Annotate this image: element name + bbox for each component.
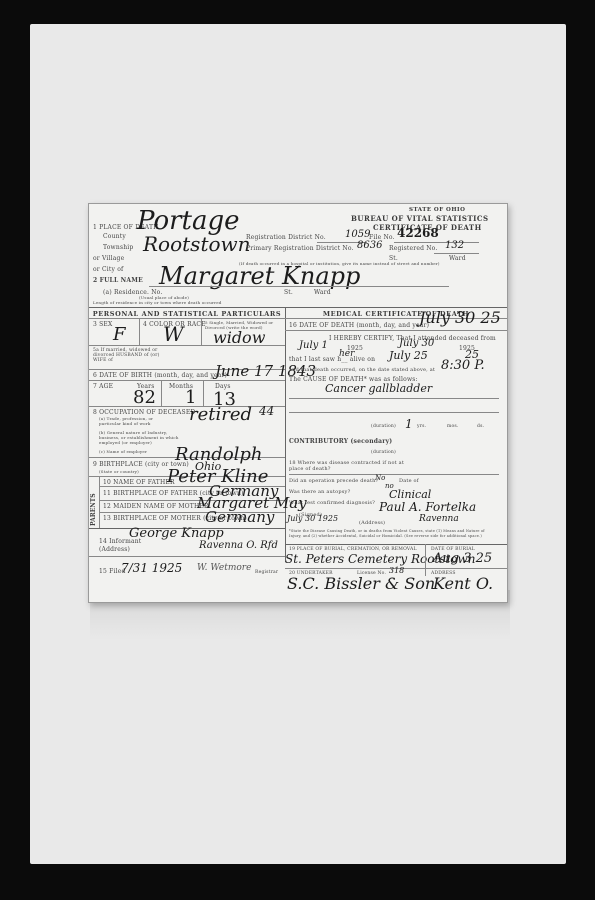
physician-signature: Paul A. Fortelka — [379, 500, 476, 514]
spouse-label: 5a If married, widowed or divorced HUSBA… — [93, 348, 163, 363]
filed-value: 7/31 1925 — [121, 561, 182, 575]
cause-value: Cancer gallbladder — [325, 382, 432, 395]
contributory-label: CONTRIBUTORY (secondary) — [289, 438, 392, 445]
personal-section-title: PERSONAL AND STATISTICAL PARTICULARS — [89, 310, 285, 318]
divider — [203, 380, 204, 406]
operation-label: Did an operation precede death? — [289, 478, 378, 484]
sex-value: F — [113, 324, 126, 345]
occupation-label: 8 OCCUPATION OF DECEASED — [93, 409, 195, 416]
contributory-duration-label: (duration) — [371, 450, 396, 455]
township-label: Township — [103, 244, 133, 251]
divider — [289, 474, 499, 475]
registrar-signature: W. Wetmore — [197, 563, 251, 573]
last-saw-value: July 25 — [389, 349, 428, 362]
divider — [89, 406, 285, 407]
reg-district-label: Registration District No. — [246, 234, 326, 241]
age-years-value: 82 — [133, 387, 156, 408]
primary-district-label: Primary Registration District No. — [246, 245, 354, 252]
date-of-death-value: July 30 25 — [419, 308, 501, 327]
occupation-a-label: (a) Trade, profession, or particular kin… — [99, 416, 169, 426]
divider — [201, 318, 202, 345]
residence-ward-label: Ward — [314, 289, 331, 296]
dob-label: 6 DATE OF BIRTH (month, day, and year) — [93, 372, 227, 379]
autopsy-label: Was there an autopsy? — [289, 489, 350, 495]
divider — [89, 380, 285, 381]
physician-address-label: (Address) — [359, 520, 385, 526]
undertaker-value: S.C. Bissler & Son — [287, 574, 435, 593]
divider — [89, 556, 285, 557]
divider — [425, 544, 426, 576]
date-of-death-label: 16 DATE OF DEATH (month, day, and year) — [289, 322, 429, 329]
primary-district-value: 8636 — [357, 240, 382, 251]
column-divider — [285, 307, 286, 562]
duration-label: (duration) — [371, 424, 396, 429]
informant-address-value: Ravenna O. Rfd — [199, 540, 278, 551]
signed-date: July 30 1925 — [287, 514, 338, 523]
occupation-code: 44 — [259, 404, 274, 418]
registered-no-value: 132 — [445, 240, 464, 251]
divider — [289, 398, 499, 399]
duration-value: 1 — [405, 417, 413, 431]
where-contracted-label: 18 Where was disease contracted if not a… — [289, 460, 409, 472]
death-certificate: STATE OF OHIO BUREAU OF VITAL STATISTICS… — [88, 203, 508, 603]
confirmed-label: What test confirmed diagnosis? — [289, 500, 375, 506]
full-name-label: 2 FULL NAME — [93, 277, 143, 284]
mother-label: 12 MAIDEN NAME OF MOTHER — [103, 503, 209, 510]
file-no-value: 42268 — [397, 226, 439, 240]
sex-label: 3 SEX — [93, 321, 113, 328]
township-value: Rootstown — [143, 232, 251, 256]
length-of-residence-label: Length of residence in city or town wher… — [93, 300, 222, 305]
date-of-label: Date of — [399, 478, 419, 484]
burial-date-value: Aug 3 25 — [433, 551, 492, 566]
duration-unit-yrs: yrs. — [417, 424, 426, 429]
occupation-b-label: (b) General nature of Industry, business… — [99, 430, 179, 445]
father-label: 10 NAME OF FATHER — [103, 479, 175, 486]
village-label: or Village — [93, 255, 124, 262]
divider — [89, 345, 285, 346]
birthplace-state-label: (State or country) — [99, 469, 139, 474]
ward-label: Ward — [449, 255, 466, 262]
cause-footnote: *State the Disease Causing Death, or in … — [289, 529, 489, 538]
informant-value: George Knapp — [129, 526, 224, 541]
duration-unit-ds: ds. — [477, 424, 484, 429]
death-time-value: 8:30 P. — [441, 358, 485, 373]
registrar-label: Registrar — [255, 570, 278, 575]
bureau-label: BUREAU OF VITAL STATISTICS — [351, 214, 489, 223]
divider — [161, 380, 162, 406]
divider — [149, 286, 449, 287]
last-saw-prefix: her — [339, 349, 354, 359]
occupation-value: retired — [189, 404, 252, 425]
divider — [285, 544, 507, 545]
divider — [99, 476, 100, 528]
operation-value: No — [375, 474, 385, 482]
registered-no-label: Registered No. — [389, 245, 438, 252]
divider — [89, 318, 285, 319]
attended-to-value: July 30 — [399, 338, 434, 349]
reg-district-value: 1059 — [345, 229, 370, 240]
divider — [289, 412, 499, 413]
occupation-c-label: (c) Name of employer — [99, 449, 147, 454]
attended-from-value: July 1 — [299, 340, 328, 351]
divider — [434, 253, 479, 254]
informant-address-label: (Address) — [99, 546, 130, 553]
undertaker-address: Kent O. — [433, 574, 493, 593]
last-saw-label: that I last saw h__ alive on — [289, 356, 375, 363]
parents-label: PARENTS — [90, 493, 97, 526]
state-label: STATE OF OHIO — [409, 207, 465, 213]
color-value: W — [163, 322, 184, 346]
city-label: or City of — [93, 266, 123, 273]
physician-address: Ravenna — [419, 514, 459, 524]
divider — [394, 242, 479, 243]
divider — [139, 318, 140, 345]
mother-birthplace-value: Germany — [205, 508, 274, 526]
residence-st-label: St. — [284, 289, 293, 296]
county-label: County — [103, 233, 126, 240]
duration-unit-mos: mos. — [447, 424, 459, 429]
age-label: 7 AGE — [93, 383, 113, 390]
death-time-label: and that death occurred, on the date sta… — [289, 367, 435, 373]
divider — [285, 330, 507, 331]
